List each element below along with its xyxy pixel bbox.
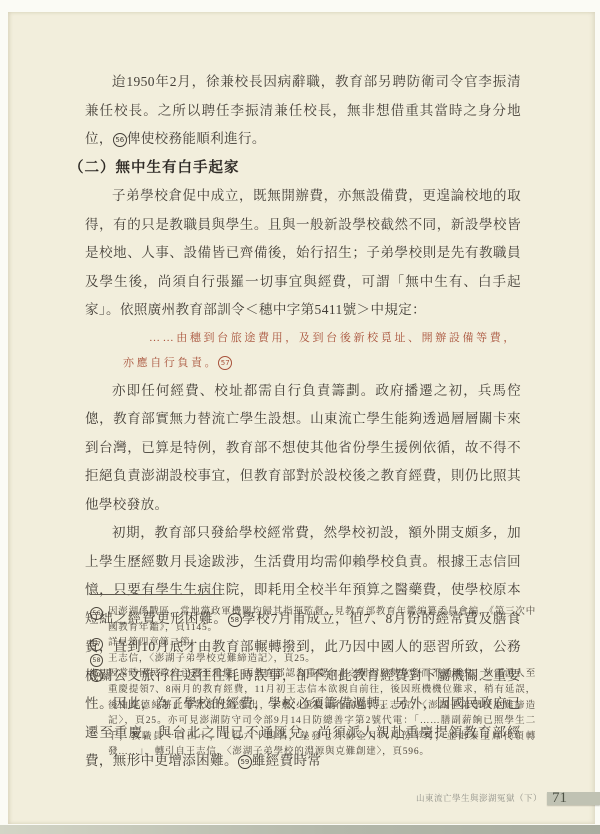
footnote-56-text: 因澎湖係戰區，當地黨政軍機關均歸其指揮監督。見教育部教育年鑑編纂委員會編，《第三… (108, 605, 536, 636)
scan-bottom-edge-shadow (0, 825, 600, 834)
footnote-ref-56: 56 (113, 133, 127, 147)
footnote-58-number: 58 (90, 654, 103, 667)
paragraph-school-founding: 子弟學校倉促中成立，既無開辦費，亦無設備費，更遑論校地的取得，有的只是教職員與學… (85, 182, 521, 325)
footnote-separator-rule (90, 594, 222, 595)
page-footer: 山東流亡學生與澎湖冤獄（下） 71 (0, 791, 600, 805)
footnote-58: 58 王志信，〈澎湖子弟學校克難締造記〉，頁25。 (90, 652, 536, 668)
footnote-59-number: 59 (90, 669, 103, 682)
footnote-59-text: 因當時國民政府已遷至重慶，而教育部認為重慶台北之間因局勢危急而不通匯兌，故需派人… (108, 667, 536, 761)
footnote-56-number: 56 (90, 607, 103, 620)
footnote-58-text: 王志信，〈澎湖子弟學校克難締造記〉，頁25。 (108, 652, 536, 668)
para1-text-post: 俾使校務能順利進行。 (127, 131, 266, 146)
footnotes-section: 56 因澎湖係戰區，當地黨政軍機關均歸其指揮監督。見教育部教育年鑑編纂委員會編，… (90, 594, 536, 761)
footnote-57: 57 詳見第四章第二節。 (90, 636, 536, 652)
page-number-bar: 71 (547, 792, 600, 805)
paragraph-principal-change: 迨1950年2月，徐兼校長因病辭職，教育部另聘防衛司令官李振清兼任校長。之所以聘… (85, 68, 521, 154)
block-quote-decree: ……由穗到台旅途費用，及到台後新校覓址、開辦設備等費，亦應自行負責。57 (123, 326, 517, 376)
footnote-57-number: 57 (90, 638, 103, 651)
section-heading: （二）無中生有白手起家 (69, 154, 521, 183)
page-number: 71 (552, 792, 567, 805)
quote-text: ……由穗到台旅途費用，及到台後新校覓址、開辦設備等費，亦應自行負責。 (123, 332, 517, 369)
footnote-59: 59 因當時國民政府已遷至重慶，而教育部認為重慶台北之間因局勢危急而不通匯兌，故… (90, 667, 536, 761)
footnote-ref-57: 57 (218, 356, 232, 370)
paragraph-funding-responsibility: 亦即任何經費、校址都需自行負責籌劃。政府播遷之初，兵馬倥傯，教育部實無力替流亡學… (85, 377, 521, 520)
footnote-57-text: 詳見第四章第二節。 (108, 636, 536, 652)
footer-book-title: 山東流亡學生與澎湖冤獄（下） (416, 792, 542, 804)
footnote-56: 56 因澎湖係戰區，當地黨政軍機關均歸其指揮監督。見教育部教育年鑑編纂委員會編，… (90, 605, 536, 636)
scanned-page-paper: 迨1950年2月，徐兼校長因病辭職，教育部另聘防衛司令官李振清兼任校長。之所以聘… (8, 12, 595, 824)
